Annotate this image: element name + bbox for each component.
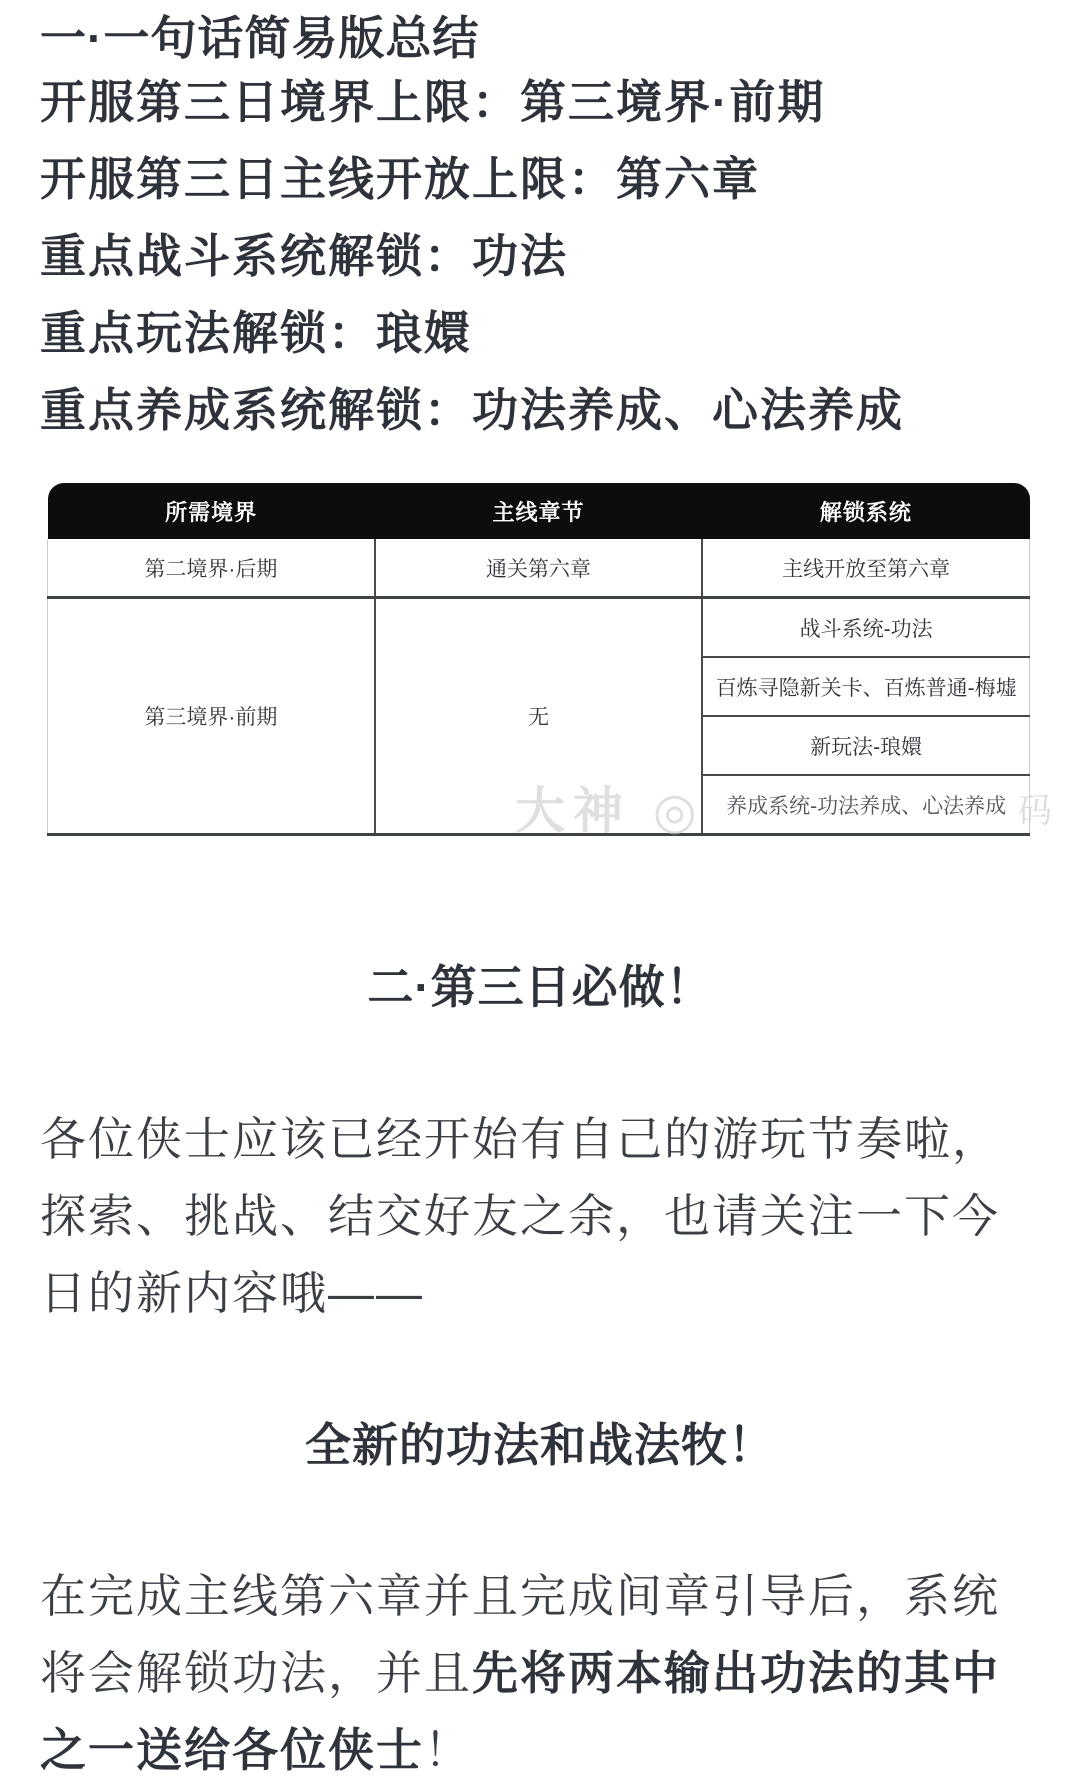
paragraph-line: 将会解锁功法，并且先将两本输出功法的其中 bbox=[40, 1635, 1040, 1712]
table-row: 第三境界·前期 无 战斗系统-功法 bbox=[48, 598, 1030, 658]
cell-unlock-row1: 主线开放至第六章 bbox=[702, 539, 1029, 598]
section2-paragraph: 各位侠士应该已经开始有自己的游玩节奏啦， 探索、挑战、结交好友之余，也请关注一下… bbox=[40, 1101, 1040, 1332]
section2-heading: 二·第三日必做！ bbox=[40, 959, 1040, 1015]
cell-chapter-row1: 通关第六章 bbox=[375, 539, 702, 598]
summary-line-combat-unlock: 重点战斗系统解锁：功法 bbox=[40, 218, 1040, 295]
summary-line-gameplay-unlock: 重点玩法解锁：琅嬛 bbox=[40, 295, 1040, 372]
unlock-table: 所需境界 主线章节 解锁系统 第二境界·后期 通关第六章 主线开放至第六章 第三… bbox=[47, 483, 1030, 836]
gongfa-paragraph: 在完成主线第六章并且完成间章引导后，系统 将会解锁功法，并且先将两本输出功法的其… bbox=[40, 1558, 1040, 1786]
paragraph-line: 探索、挑战、结交好友之余，也请关注一下今 bbox=[40, 1178, 1040, 1255]
cell-chapter-row2: 无 bbox=[375, 598, 702, 835]
paragraph-bold-run: 先将两本输出功法的其中 bbox=[472, 1647, 1000, 1699]
cell-realm-row1: 第二境界·后期 bbox=[48, 539, 375, 598]
paragraph-line: 日的新内容哦—— bbox=[40, 1255, 1040, 1332]
paragraph-bold-run: 之一送给各位侠士 bbox=[40, 1724, 424, 1776]
table-header-realm: 所需境界 bbox=[48, 483, 375, 539]
paragraph-run: ！ bbox=[424, 1724, 472, 1776]
paragraph-line: 之一送给各位侠士！ bbox=[40, 1712, 1040, 1786]
table-header-chapter: 主线章节 bbox=[375, 483, 702, 539]
table-row: 第二境界·后期 通关第六章 主线开放至第六章 bbox=[48, 539, 1030, 598]
cell-unlock-growth: 养成系统-功法养成、心法养成 bbox=[702, 775, 1029, 835]
cell-realm-row2: 第三境界·前期 bbox=[48, 598, 375, 835]
paragraph-line: 在完成主线第六章并且完成间章引导后，系统 bbox=[40, 1558, 1040, 1635]
section1-heading: 一·一句话简易版总结 bbox=[40, 12, 1040, 64]
gongfa-subheading: 全新的功法和战法牧！ bbox=[40, 1417, 1040, 1473]
article-page: 一·一句话简易版总结 开服第三日境界上限：第三境界·前期 开服第三日主线开放上限… bbox=[0, 0, 1080, 1786]
table-header-row: 所需境界 主线章节 解锁系统 bbox=[48, 483, 1030, 539]
summary-line-growth-unlock: 重点养成系统解锁：功法养成、心法养成 bbox=[40, 372, 1040, 449]
cell-unlock-bailian: 百炼寻隐新关卡、百炼普通-梅墟 bbox=[702, 657, 1029, 716]
cell-unlock-combat: 战斗系统-功法 bbox=[702, 598, 1029, 658]
cell-unlock-langhuan: 新玩法-琅嬛 bbox=[702, 716, 1029, 775]
summary-line-realm-cap: 开服第三日境界上限：第三境界·前期 bbox=[40, 64, 1040, 141]
paragraph-run: 将会解锁功法，并且 bbox=[40, 1647, 472, 1699]
table-header-unlock: 解锁系统 bbox=[702, 483, 1029, 539]
paragraph-line: 各位侠士应该已经开始有自己的游玩节奏啦， bbox=[40, 1101, 1040, 1178]
summary-line-mainline-cap: 开服第三日主线开放上限：第六章 bbox=[40, 141, 1040, 218]
unlock-table-wrapper: 所需境界 主线章节 解锁系统 第二境界·后期 通关第六章 主线开放至第六章 第三… bbox=[47, 483, 1030, 836]
